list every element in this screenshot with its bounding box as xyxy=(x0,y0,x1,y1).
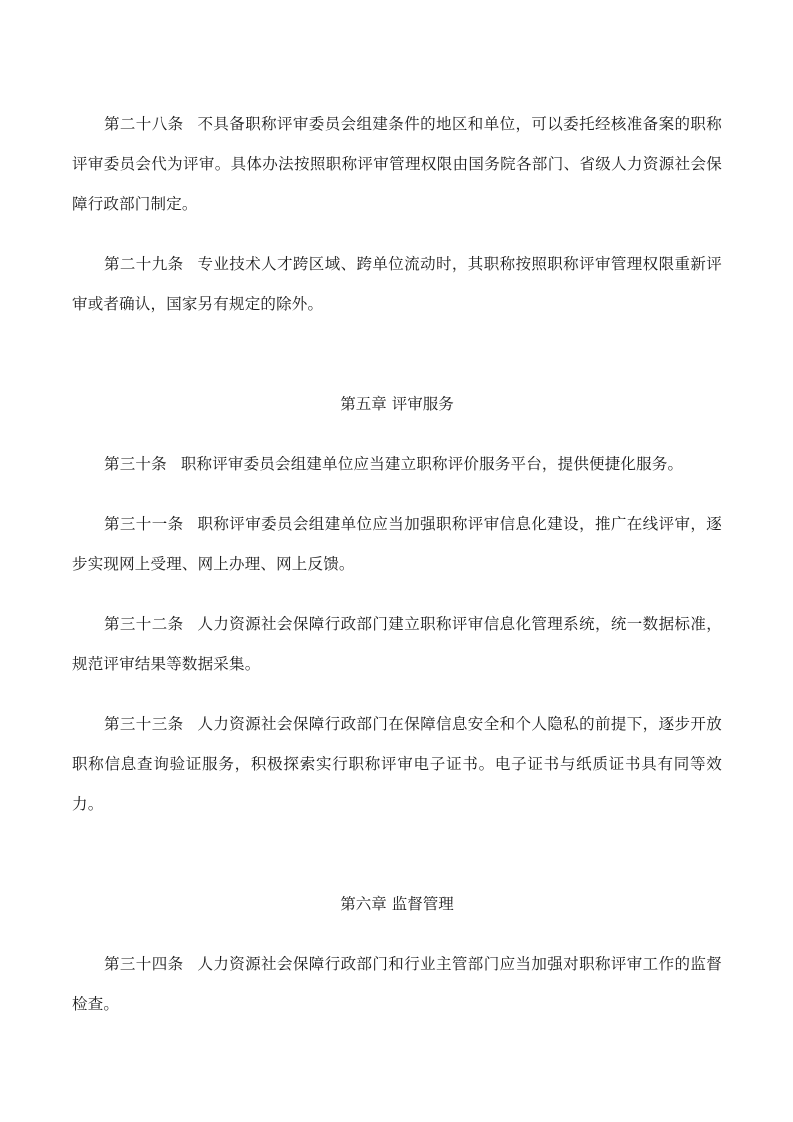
article-number: 第三十条 xyxy=(104,455,167,473)
article-33: 第三十三条人力资源社会保障行政部门在保障信息安全和个人隐私的前提下，逐步开放职称… xyxy=(72,704,722,824)
article-number: 第二十九条 xyxy=(104,255,184,273)
article-32: 第三十二条人力资源社会保障行政部门建立职称评审信息化管理系统，统一数据标准，规范… xyxy=(72,604,722,684)
article-number: 第三十三条 xyxy=(104,715,184,733)
article-28: 第二十八条不具备职称评审委员会组建条件的地区和单位，可以委托经核准备案的职称评审… xyxy=(72,104,722,224)
article-31: 第三十一条职称评审委员会组建单位应当加强职称评审信息化建设，推广在线评审，逐步实… xyxy=(72,504,722,584)
document-page: 第二十八条不具备职称评审委员会组建条件的地区和单位，可以委托经核准备案的职称评审… xyxy=(72,104,722,1044)
article-29: 第二十九条专业技术人才跨区域、跨单位流动时，其职称按照职称评审管理权限重新评审或… xyxy=(72,244,722,324)
chapter-5-heading: 第五章 评审服务 xyxy=(72,384,722,424)
article-number: 第二十八条 xyxy=(104,115,184,133)
article-text: 职称评审委员会组建单位应当建立职称评价服务平台，提供便捷化服务。 xyxy=(181,455,683,473)
article-number: 第三十二条 xyxy=(104,615,184,633)
article-34: 第三十四条人力资源社会保障行政部门和行业主管部门应当加强对职称评审工作的监督检查… xyxy=(72,944,722,1024)
chapter-6-heading: 第六章 监督管理 xyxy=(72,884,722,924)
article-30: 第三十条职称评审委员会组建单位应当建立职称评价服务平台，提供便捷化服务。 xyxy=(72,444,722,484)
article-number: 第三十一条 xyxy=(104,515,184,533)
article-number: 第三十四条 xyxy=(104,955,184,973)
